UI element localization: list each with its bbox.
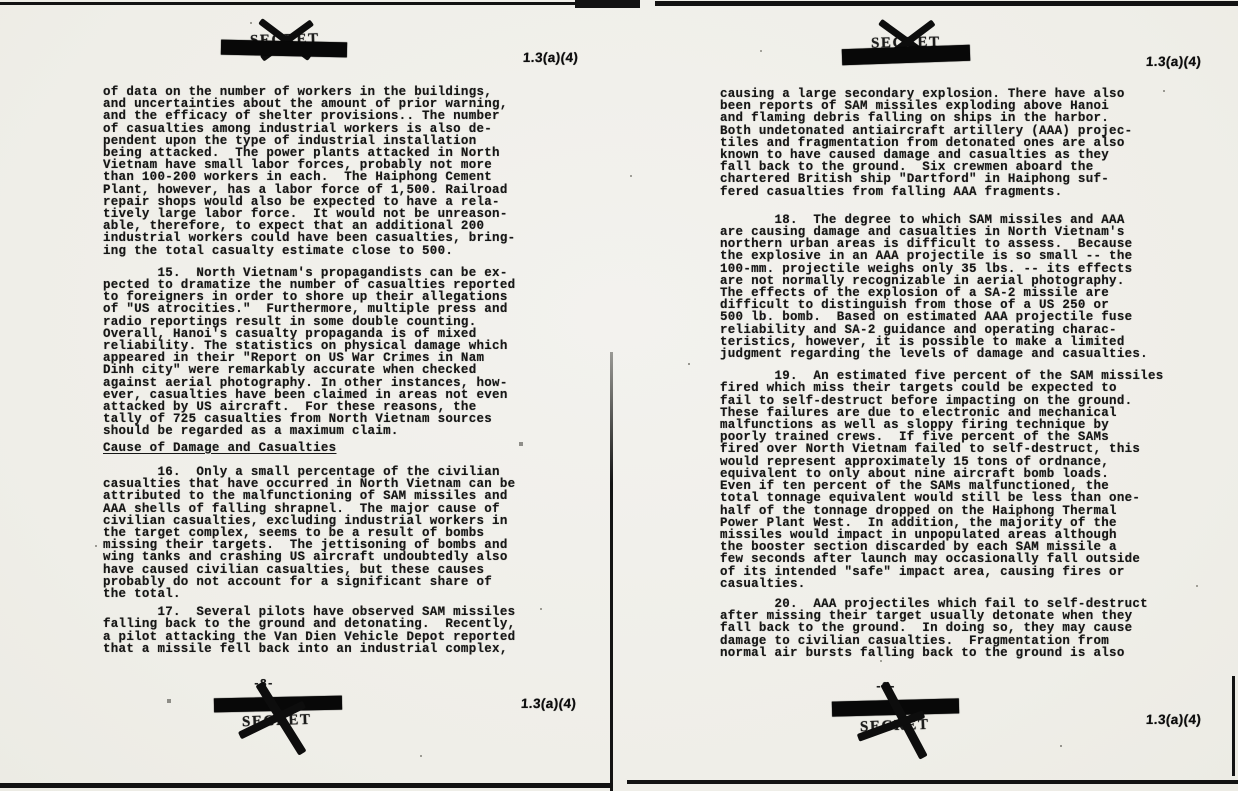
redaction-bar-header-left [221,40,347,58]
paragraph-continuation: causing a large secondary explosion. The… [720,88,1164,198]
paragraph-15: 15. North Vietnam's propagandists can be… [103,267,515,438]
scan-edge-top-right [655,1,1238,6]
paragraph-17: 17. Several pilots have observed SAM mis… [103,606,515,655]
scan-noise [0,0,2,2]
page-9-body: causing a large secondary explosion. The… [720,88,1164,659]
scan-edge-bottom-right [627,780,1238,784]
scan-edge-bottom-left [0,783,613,788]
classification-marking: 1.3(a)(4) [1145,54,1201,69]
paragraph-19: 19. An estimated five percent of the SAM… [720,370,1164,590]
section-heading: Cause of Damage and Casualties [103,442,515,454]
paragraph-continuation: of data on the number of workers in the … [103,86,515,257]
paragraph-18: 18. The degree to which SAM missiles and… [720,214,1164,360]
scan-edge-right [1232,676,1235,776]
scanned-document: SECRET 1.3(a)(4) of data on the number o… [0,0,1238,791]
paragraph-16: 16. Only a small percentage of the civil… [103,466,515,600]
secret-stamp-footer-right: SECRET [852,704,1012,764]
scan-edge-top-left [0,2,575,5]
paragraph-20: 20. AAA projectiles which fail to self-d… [720,598,1164,659]
classification-marking: 1.3(a)(4) [1145,712,1201,727]
scan-edge-top-middle [575,0,640,8]
secret-stamp-footer-left: SECRET [234,700,394,760]
classification-marking: 1.3(a)(4) [520,696,576,711]
classification-marking: 1.3(a)(4) [522,50,578,65]
page-divider-line [610,352,613,791]
page-8-body: of data on the number of workers in the … [103,86,515,655]
